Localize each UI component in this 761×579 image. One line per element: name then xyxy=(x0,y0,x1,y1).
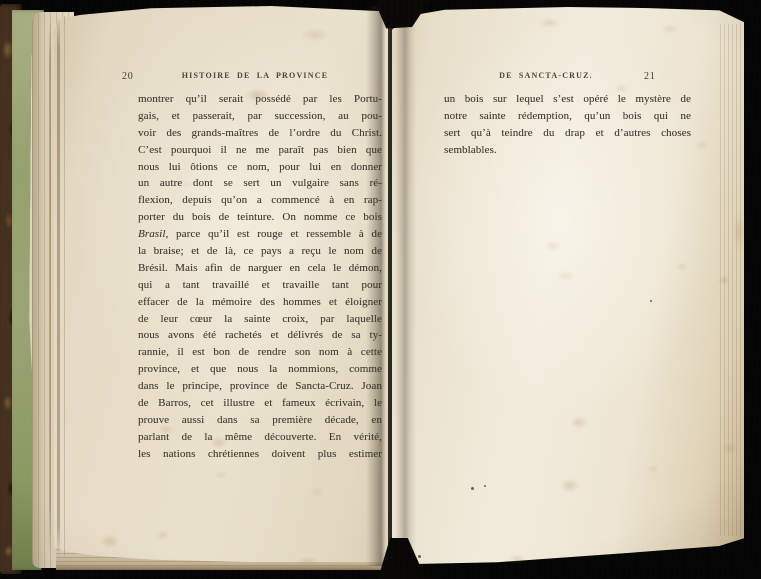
book-photo: 20 HISTOIRE DE LA PROVINCE montrer qu’il… xyxy=(0,0,761,579)
text-line: qui a tant travaillé et travaille tant p… xyxy=(138,277,382,294)
text-line: un autre dont se sert un vulgaire sans r… xyxy=(138,175,382,192)
running-header: DE SANCTA-CRUZ. xyxy=(456,71,636,80)
running-header: HISTOIRE DE LA PROVINCE xyxy=(135,71,375,80)
text-line: parlant de la même découverte. En vérité… xyxy=(138,429,382,446)
fore-edge-texture xyxy=(720,24,742,536)
right-page-text: un bois sur lequel s’est opéré le mystèr… xyxy=(444,91,691,159)
text-line: la braise; et de là, ce pays a reçu le n… xyxy=(138,243,382,260)
text-line: sert qu’à teindre du drap et d’autres ch… xyxy=(444,125,691,142)
page-number: 21 xyxy=(644,71,656,82)
text-line: Brésil. Mais afin de narguer en cela le … xyxy=(138,260,382,277)
text-line: gais, et passerait, par succession, au p… xyxy=(138,108,382,125)
text-line: semblables. xyxy=(444,142,691,159)
text-line: voir des grands-maîtres de l’ordre du Ch… xyxy=(138,125,382,142)
text-line: montrer qu’il serait possédé par les Por… xyxy=(138,91,382,108)
page-number: 20 xyxy=(122,71,134,82)
text-line: les nations chrétiennes doivent plus est… xyxy=(138,446,382,463)
text-line: de leur cœur la sainte croix, par laquel… xyxy=(138,311,382,328)
text-line: dans le principe, province de Sancta-Cru… xyxy=(138,378,382,395)
text-line: nous avons été rachetés et délivrés de s… xyxy=(138,327,382,344)
left-page-text: montrer qu’il serait possédé par les Por… xyxy=(138,91,382,463)
text-line: flexion, depuis qu’on a commencé à en ra… xyxy=(138,192,382,209)
text-line: porter du bois de teinture. On nomme ce … xyxy=(138,209,382,226)
text-line: de Barros, cet illustre et fameux écriva… xyxy=(138,395,382,412)
text-line: notre sainte rédemption, qu’un bois qui … xyxy=(444,108,691,125)
text-line: un bois sur lequel s’est opéré le mystèr… xyxy=(444,91,691,108)
text-line: prouve aussi dans sa première décade, en xyxy=(138,412,382,429)
text-line: effacer de la mémoire des hommes et éloi… xyxy=(138,294,382,311)
text-line: nous lui ôtions ce nom, pour lui en donn… xyxy=(138,159,382,176)
text-line: province, et que nous la nommions, comme xyxy=(138,361,382,378)
text-line: rannie, il est bon de rendre son nom à c… xyxy=(138,344,382,361)
text-line: Brasil, parce qu’il est rouge et ressemb… xyxy=(138,226,382,243)
text-line: C’est pourquoi il ne me paraît pas bien … xyxy=(138,142,382,159)
